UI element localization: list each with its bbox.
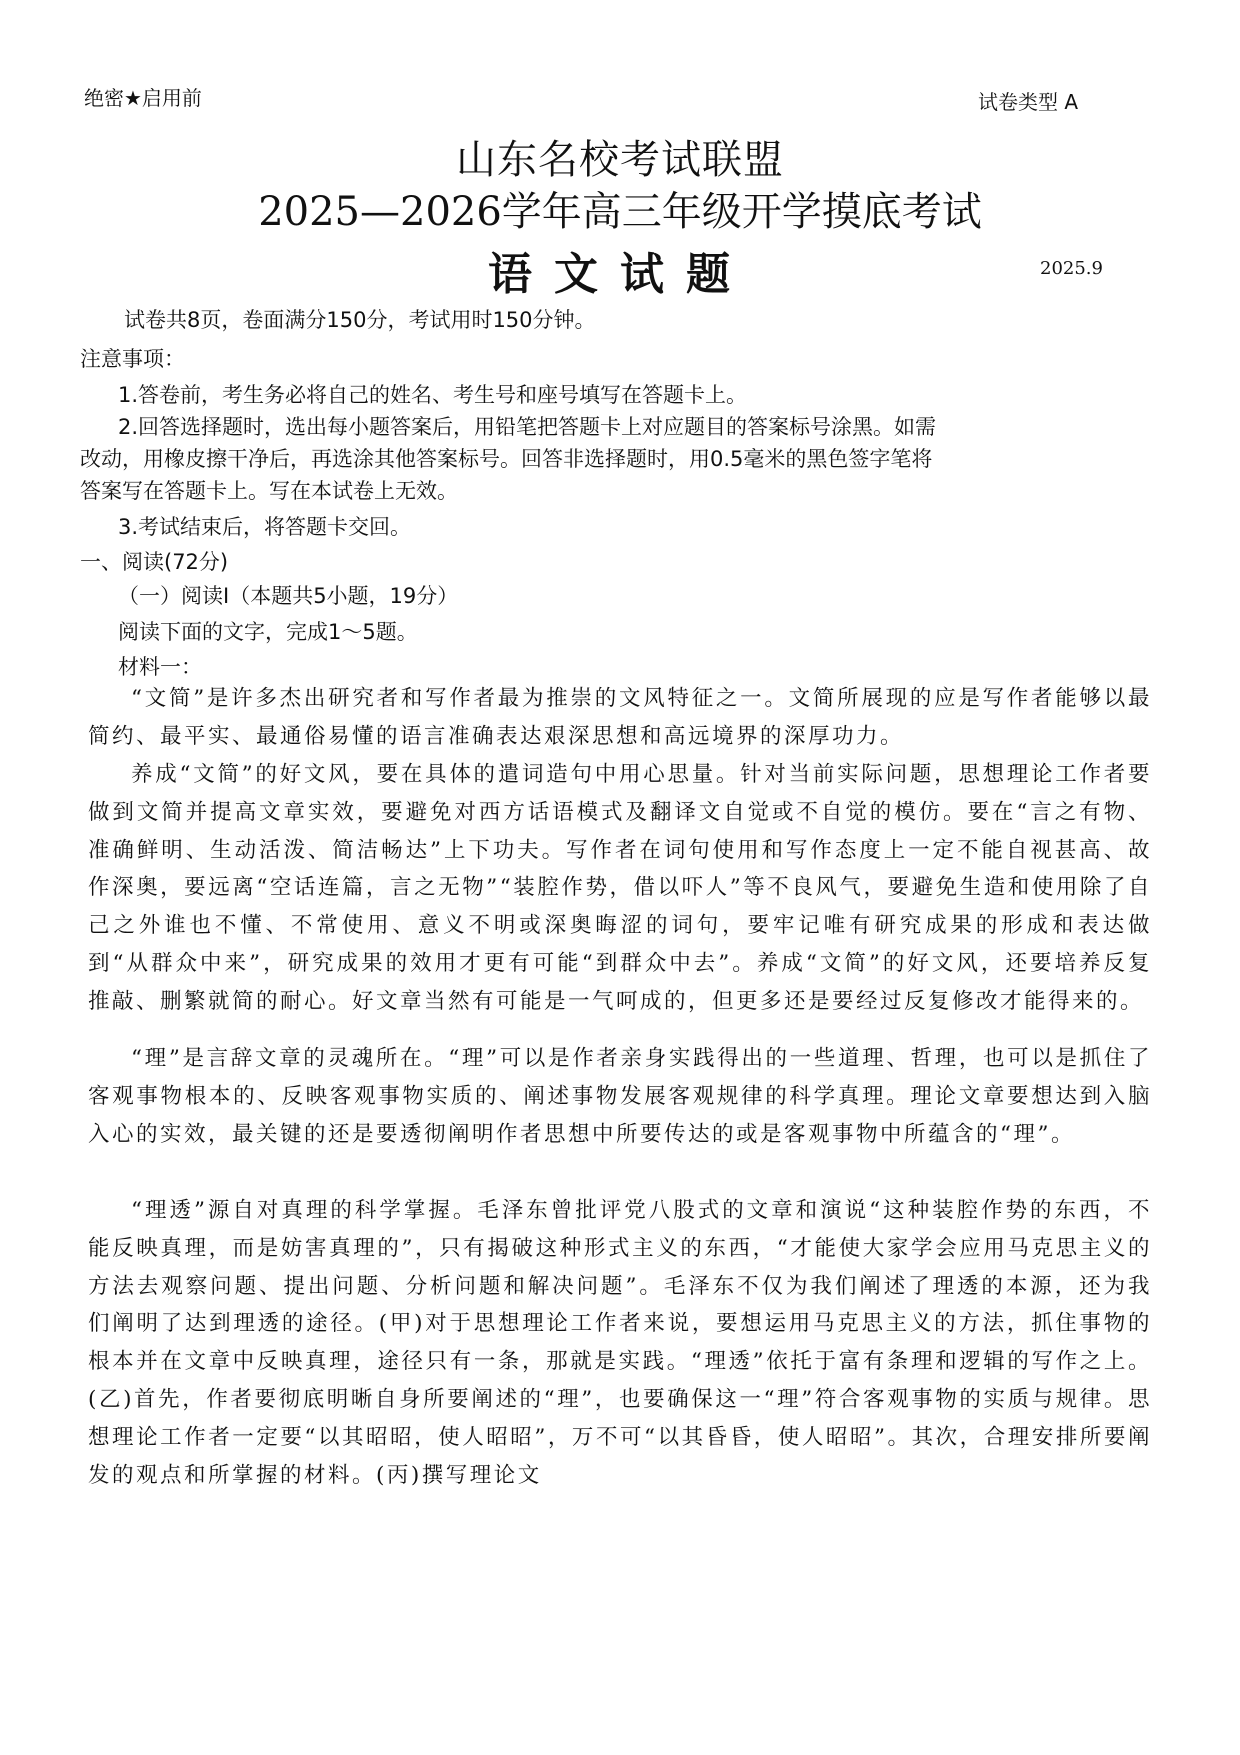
passage-paragraph-3: “理”是言辞文章的灵魂所在。“理”可以是作者亲身实践得出的一些道理、哲理，也可以… [88, 1040, 1152, 1153]
notice-item-1: 1.答卷前，考生务必将自己的姓名、考生号和座号填写在答题卡上。 [118, 379, 747, 409]
section-heading: 一、阅读(72分) [80, 546, 228, 576]
reading-instruction: 阅读下面的文字，完成1～5题。 [118, 616, 418, 646]
passage-paragraph-1: “文简”是许多杰出研究者和写作者最为推崇的文风特征之一。文简所展现的应是写作者能… [88, 680, 1152, 756]
exam-name-title: 2025—2026学年高三年级开学摸底考试 [0, 180, 1240, 237]
exam-alliance-title: 山东名校考试联盟 [0, 128, 1240, 185]
confidential-label: 绝密★启用前 [84, 82, 202, 111]
material-label: 材料一： [118, 651, 202, 681]
paper-type-label: 试卷类型 A [978, 86, 1078, 115]
exam-date: 2025.9 [1040, 258, 1103, 279]
notice-item-3: 3.考试结束后，将答题卡交回。 [118, 511, 411, 541]
notice-heading: 注意事项： [80, 343, 185, 373]
passage-paragraph-4: “理透”源自对真理的科学掌握。毛泽东曾批评党八股式的文章和演说“这种装腔作势的东… [88, 1192, 1152, 1494]
paper-summary: 试卷共8页，卷面满分150分，考试用时150分钟。 [124, 304, 596, 334]
subsection-heading: （一）阅读I（本题共5小题，19分） [118, 580, 458, 610]
notice-item-2-line-2: 改动，用橡皮擦干净后，再选涂其他答案标号。回答非选择题时，用0.5毫米的黑色签字… [80, 443, 932, 473]
notice-item-2-line-1: 2.回答选择题时，选出每小题答案后，用铅笔把答题卡上对应题目的答案标号涂黑。如需 [118, 411, 936, 441]
notice-item-2-line-3: 答案写在答题卡上。写在本试卷上无效。 [80, 475, 458, 505]
passage-paragraph-2: 养成“文简”的好文风，要在具体的遣词造句中用心思量。针对当前实际问题，思想理论工… [88, 756, 1152, 1021]
